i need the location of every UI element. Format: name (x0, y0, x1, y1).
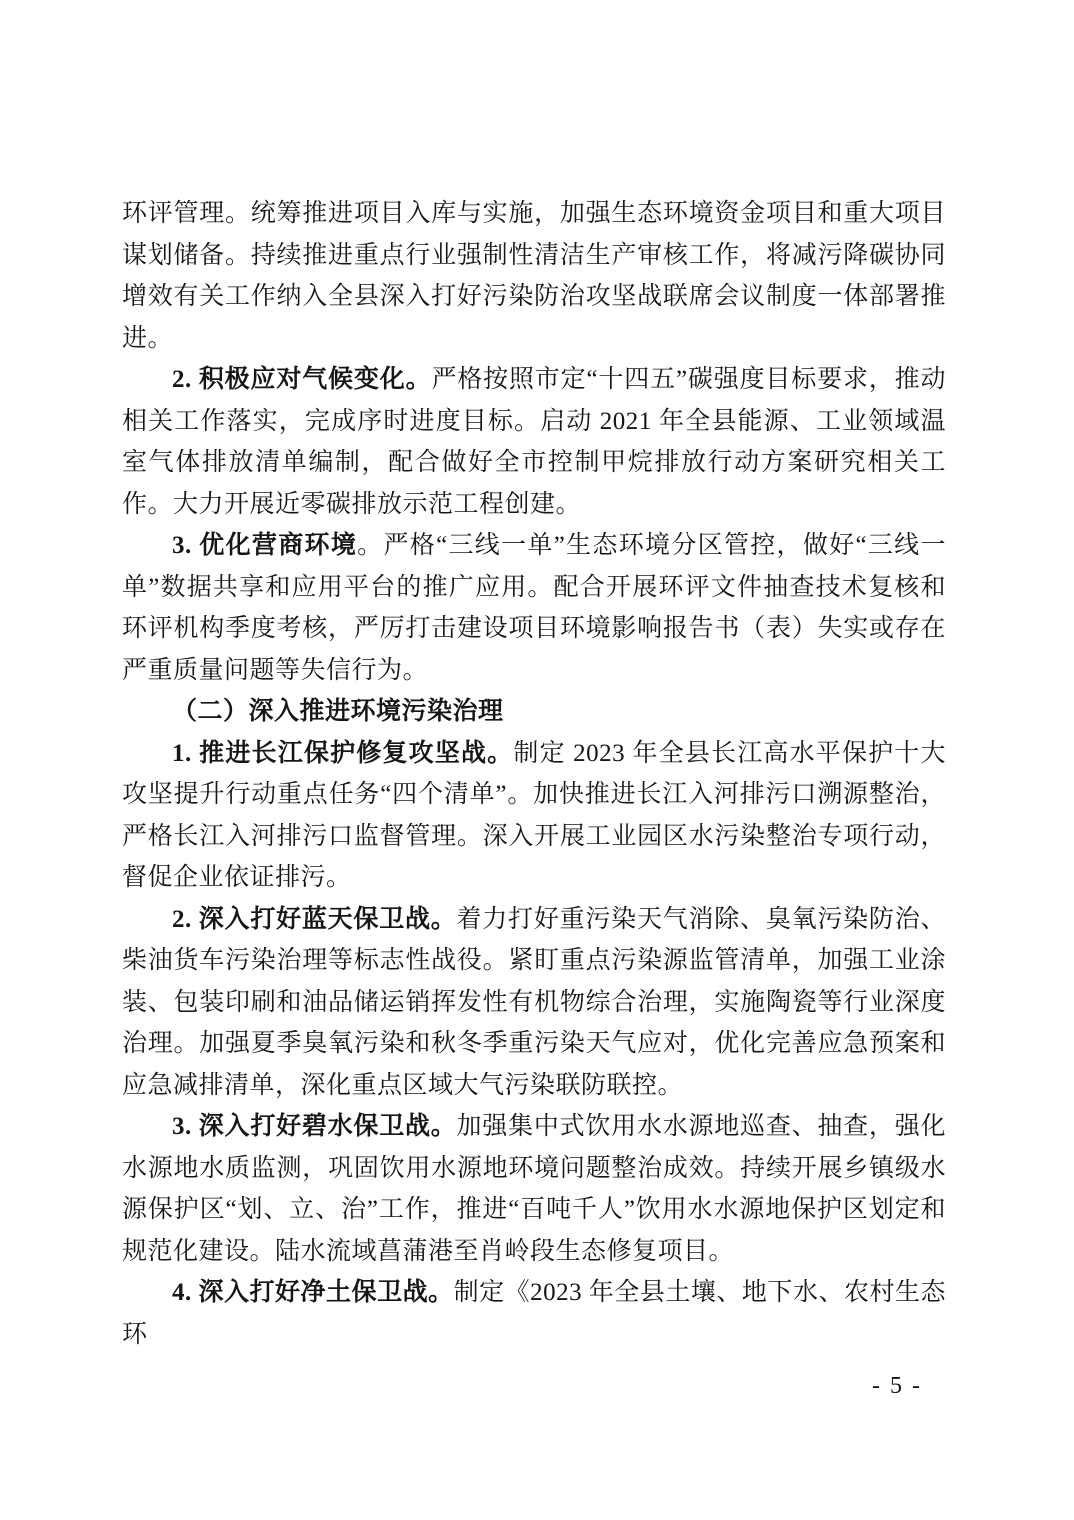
para-lead: 1. 推进长江保护修复攻坚战。 (172, 740, 513, 767)
para-text: 环评管理。统筹推进项目入库与实施，加强生态环境资金项目和重大项目谋划储备。持续推… (122, 200, 946, 352)
para-yangtze-protection: 1. 推进长江保护修复攻坚战。制定 2023 年全县长江高水平保护十大攻坚提升行… (122, 733, 946, 899)
para-clean-soil-battle: 4. 深入打好净土保卫战。制定《2023 年全县土壤、地下水、农村生态环 (122, 1272, 946, 1355)
section-heading-text: （二）深入推进环境污染治理 (172, 698, 504, 725)
para-lead: 4. 深入打好净土保卫战。 (172, 1279, 454, 1306)
document-page: 环评管理。统筹推进项目入库与实施，加强生态环境资金项目和重大项目谋划储备。持续推… (0, 0, 1074, 1520)
para-lead: 2. 深入打好蓝天保卫战。 (172, 906, 457, 933)
para-business-environment: 3. 优化营商环境。严格“三线一单”生态环境分区管控，做好“三线一单”数据共享和… (122, 525, 946, 691)
para-text: 着力打好重污染天气消除、臭氧污染防治、柴油货车污染治理等标志性战役。紧盯重点污染… (122, 906, 946, 1099)
para-lead: 3. 优化营商环境 (172, 532, 357, 559)
para-continuation: 环评管理。统筹推进项目入库与实施，加强生态环境资金项目和重大项目谋划储备。持续推… (122, 193, 946, 359)
para-clear-water-battle: 3. 深入打好碧水保卫战。加强集中式饮用水水源地巡查、抽查，强化水源地水质监测，… (122, 1106, 946, 1272)
para-lead: 2. 积极应对气候变化。 (172, 366, 431, 393)
para-lead: 3. 深入打好碧水保卫战。 (172, 1113, 457, 1140)
section-heading-pollution-control: （二）深入推进环境污染治理 (122, 691, 946, 733)
para-blue-sky-battle: 2. 深入打好蓝天保卫战。着力打好重污染天气消除、臭氧污染防治、柴油货车污染治理… (122, 899, 946, 1107)
para-climate-change: 2. 积极应对气候变化。严格按照市定“十四五”碳强度目标要求，推动相关工作落实，… (122, 359, 946, 525)
page-number: - 5 - (872, 1372, 922, 1400)
document-body: 环评管理。统筹推进项目入库与实施，加强生态环境资金项目和重大项目谋划储备。持续推… (122, 193, 946, 1355)
